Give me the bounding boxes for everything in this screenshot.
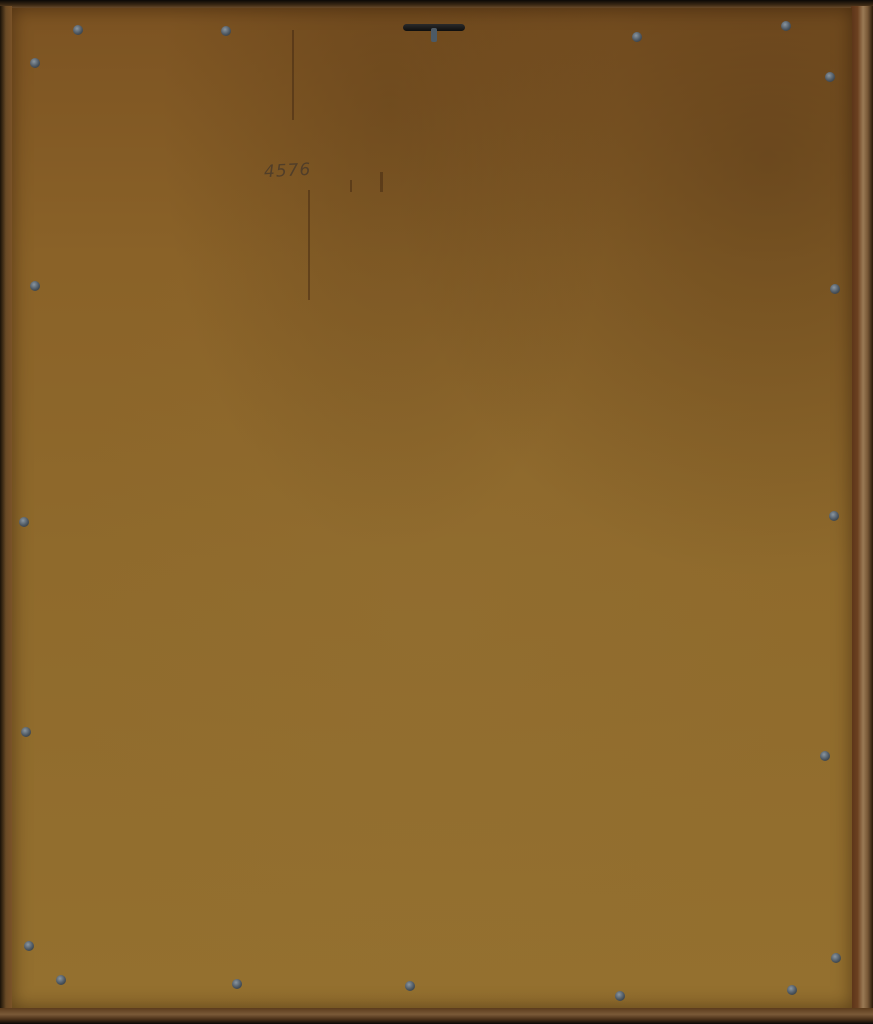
- scratch-mark: [308, 190, 310, 300]
- nail-head-icon: [24, 941, 34, 951]
- nail-head-icon: [56, 975, 66, 985]
- nail-head-icon: [831, 953, 841, 963]
- nail-head-icon: [787, 985, 797, 995]
- frame-edge-bottom: [0, 1008, 873, 1024]
- pencil-inscription: 4576: [264, 160, 312, 182]
- nail-head-icon: [830, 284, 840, 294]
- hanging-hook-icon: [403, 21, 465, 33]
- nail-head-icon: [829, 511, 839, 521]
- nail-head-icon: [221, 26, 231, 36]
- nail-head-icon: [30, 281, 40, 291]
- nail-head-icon: [825, 72, 835, 82]
- nail-head-icon: [232, 979, 242, 989]
- scratch-mark: [380, 172, 383, 192]
- frame-edge-top: [0, 0, 873, 8]
- nail-head-icon: [19, 517, 29, 527]
- nail-head-icon: [405, 981, 415, 991]
- nail-head-icon: [820, 751, 830, 761]
- nail-head-icon: [615, 991, 625, 1001]
- picture-frame: 4576: [0, 0, 873, 1024]
- nail-head-icon: [632, 32, 642, 42]
- nail-head-icon: [21, 727, 31, 737]
- nail-head-icon: [73, 25, 83, 35]
- cardboard-backing: [12, 8, 852, 1008]
- hook-stem: [431, 28, 437, 42]
- scratch-mark: [350, 180, 352, 192]
- nail-head-icon: [30, 58, 40, 68]
- nail-head-icon: [781, 21, 791, 31]
- frame-edge-right: [851, 6, 873, 1018]
- frame-edge-left: [0, 6, 12, 1018]
- scratch-mark: [292, 30, 294, 120]
